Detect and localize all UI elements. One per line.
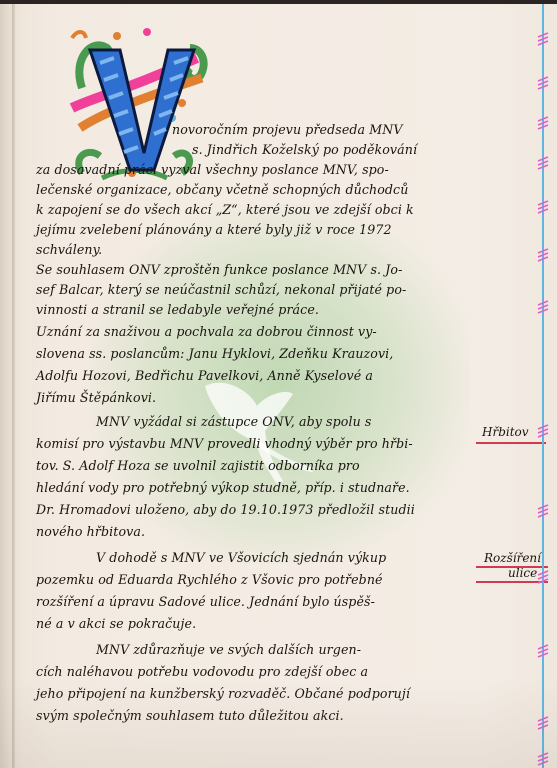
tick-mark-icon <box>536 300 550 314</box>
text-line: pozemku od Eduarda Rychlého z Všovic pro… <box>36 572 383 587</box>
text-line: cích naléhavou potřebu vodovodu pro zdej… <box>36 664 368 679</box>
tick-mark-icon <box>536 200 550 214</box>
text-line: MNV zdůrazňuje ve svých dalších urgen- <box>96 642 361 657</box>
text-line: s. Jindřich Koželský po poděkování <box>192 142 417 157</box>
text-line: nového hřbitova. <box>36 524 145 539</box>
tick-mark-icon <box>536 424 550 438</box>
text-line: k zapojení se do všech akcí „Z“, které j… <box>36 202 414 217</box>
text-line: jejímu zvelebení plánovány a které byly … <box>36 222 392 237</box>
tick-mark-icon <box>536 76 550 90</box>
tick-mark-icon <box>536 156 550 170</box>
book-spine <box>12 4 15 768</box>
tick-mark-icon <box>536 32 550 46</box>
text-line: V dohodě s MNV ve Všovicích sjednán výku… <box>96 550 386 565</box>
margin-note-widening: Rozšíření <box>484 551 541 565</box>
text-line: slovena ss. poslancům: Janu Hyklovi, Zde… <box>36 346 393 361</box>
text-line: tov. S. Adolf Hoza se uvolnil zajistit o… <box>36 458 360 473</box>
text-line: lečenské organizace, občany včetně schop… <box>36 182 408 197</box>
page-shadow <box>0 678 557 768</box>
note-underline <box>476 442 546 444</box>
text-line: komisí pro výstavbu MNV provedli vhodný … <box>36 436 413 451</box>
text-line: né a v akci se pokračuje. <box>36 616 196 631</box>
margin-note-street: ulice <box>508 566 537 580</box>
tick-mark-icon <box>536 644 550 658</box>
text-line: hledání vody pro potřebný výkop studně, … <box>36 480 410 495</box>
chronicle-page: novoročním projevu předseda MNV s. Jindř… <box>0 4 557 768</box>
text-line: rozšíření a úpravu Sadové ulice. Jednání… <box>36 594 375 609</box>
text-line: za dosavadní práci vyzval všechny poslan… <box>36 162 389 177</box>
margin-note-cemetery: Hřbitov <box>482 425 529 439</box>
tick-mark-icon <box>536 504 550 518</box>
text-line: Adolfu Hozovi, Bedřichu Pavelkovi, Anně … <box>36 368 373 383</box>
text-line: MNV vyžádal si zástupce ONV, aby spolu s <box>96 414 371 429</box>
text-line: sef Balcar, který se neúčastnil schůzí, … <box>36 282 406 297</box>
text-line: Se souhlasem ONV zproštěn funkce poslanc… <box>36 262 402 277</box>
tick-mark-icon <box>536 248 550 262</box>
tick-mark-icon <box>536 116 550 130</box>
text-line: Uznání za snaživou a pochvala za dobrou … <box>36 324 377 339</box>
text-line: novoročním projevu předseda MNV <box>172 122 403 137</box>
text-line: schváleny. <box>36 242 102 257</box>
text-line: Dr. Hromadovi uloženo, aby do 19.10.1973… <box>36 502 415 517</box>
text-line: Jiřímu Štěpánkovi. <box>36 390 156 405</box>
tick-mark-icon <box>536 570 550 584</box>
text-line: vinnosti a stranil se ledabyle veřejné p… <box>36 302 319 317</box>
